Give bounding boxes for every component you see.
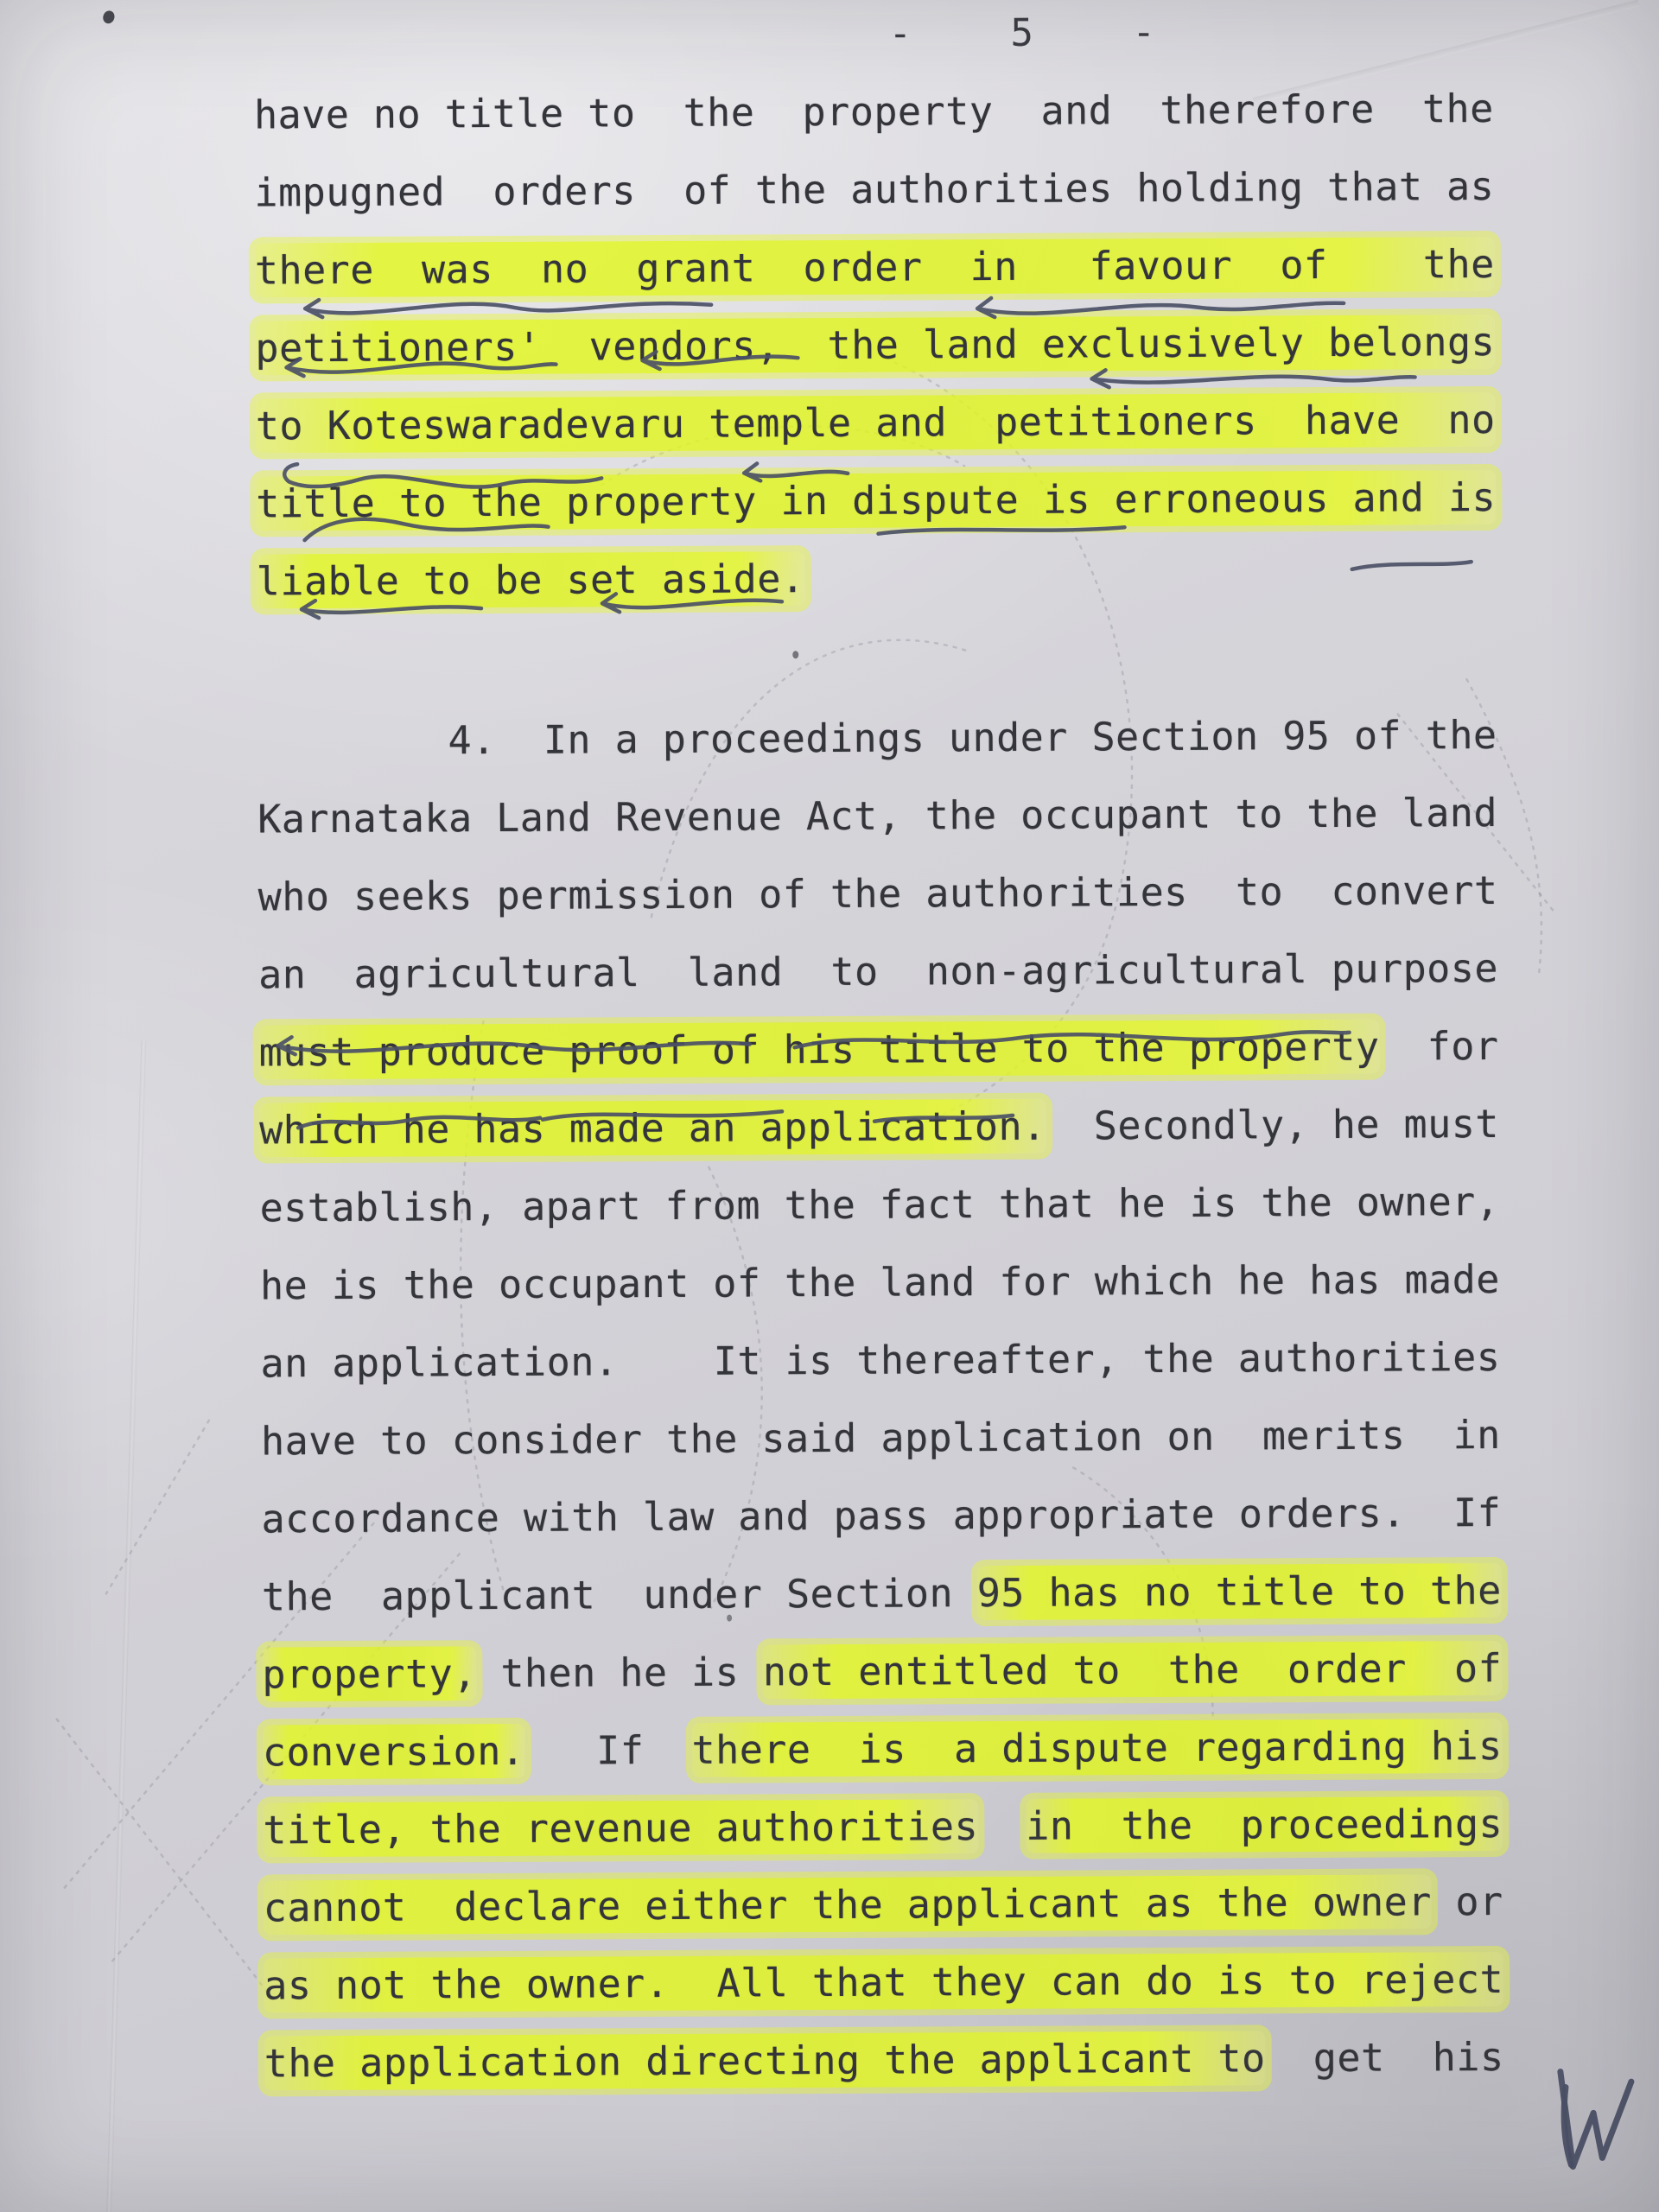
- text-line: title, the revenue authorities in the pr…: [263, 1785, 1524, 1870]
- text-segment: he is the occupant of the land for which…: [260, 1256, 1500, 1309]
- text-line: as not the owner. All that they can do i…: [264, 1941, 1525, 2025]
- text-segment: 4. In a proceedings under Section 95 of …: [257, 712, 1497, 765]
- highlighted-text: which he has made an application.: [259, 1099, 1046, 1158]
- text-line: have to consider the said application on…: [261, 1396, 1522, 1481]
- paper-crease: [106, 1040, 146, 2212]
- highlighted-text: to Koteswaradevaru temple and petitioner…: [256, 392, 1496, 454]
- highlighted-text: there was no grant order in favour of th…: [255, 237, 1495, 298]
- text-line: he is the occupant of the land for which…: [260, 1241, 1522, 1325]
- text-segment: or: [1432, 1878, 1503, 1924]
- text-segment: [978, 1803, 1026, 1849]
- text-line: an application. It is thereafter, the au…: [260, 1319, 1522, 1403]
- highlighted-text: title, the revenue authorities: [263, 1799, 978, 1857]
- paper-speck: [727, 1615, 732, 1622]
- highlighted-text: title to the property in dispute is erro…: [256, 470, 1496, 531]
- text-line: the applicant under Section 95 has no ti…: [262, 1552, 1523, 1637]
- text-segment: have no title to the property and theref…: [254, 86, 1494, 138]
- page-number: - 5 -: [888, 10, 1193, 56]
- text-segment: get his: [1266, 2034, 1504, 2081]
- text-segment: an agricultural land to non-agricultural…: [258, 945, 1498, 998]
- text-line: cannot declare either the applicant as t…: [264, 1863, 1525, 1948]
- text-line: 4. In a proceedings under Section 95 of …: [257, 696, 1519, 781]
- text-line: must produce proof of his title to the p…: [258, 1007, 1520, 1092]
- text-segment: an application. It is thereafter, the au…: [260, 1334, 1500, 1387]
- scanned-document-photo: { "page": { "number_label": "- 5 -" }, "…: [0, 0, 1659, 2212]
- paper-speck: [101, 10, 116, 26]
- text-line: there was no grant order in favour of th…: [255, 226, 1516, 310]
- paper-speck: [792, 651, 798, 658]
- highlighted-text: not entitled to the order of: [763, 1641, 1503, 1699]
- paragraph-4: 4. In a proceedings under Section 95 of …: [257, 696, 1526, 2103]
- text-segment: the applicant under Section: [262, 1570, 977, 1619]
- highlighted-text: there is a dispute regarding his: [691, 1719, 1502, 1777]
- document-body-text: have no title to the property and theref…: [254, 70, 1526, 2103]
- paragraph-continuation: have no title to the property and theref…: [254, 70, 1518, 621]
- text-line: establish, apart from the fact that he i…: [259, 1163, 1521, 1248]
- highlighted-text: in the proceedings: [1026, 1796, 1503, 1853]
- text-segment: impugned orders of the authorities holdi…: [254, 163, 1494, 216]
- text-line: impugned orders of the authorities holdi…: [254, 148, 1516, 232]
- text-line: an agricultural land to non-agricultural…: [258, 930, 1520, 1014]
- pen-signature-checkmark: [1560, 2071, 1632, 2166]
- text-segment: for: [1379, 1023, 1498, 1070]
- highlighted-text: property,: [262, 1646, 477, 1701]
- highlighted-text: conversion.: [263, 1724, 525, 1780]
- text-segment: Secondly, he must: [1046, 1101, 1500, 1149]
- highlighted-text: the application directing the applicant …: [264, 2031, 1266, 2090]
- highlighted-text: as not the owner. All that they can do i…: [264, 1952, 1503, 2013]
- text-segment: establish, apart from the fact that he i…: [259, 1179, 1499, 1231]
- text-segment: who seeks permission of the authorities …: [258, 868, 1498, 920]
- text-line: Karnataka Land Revenue Act, the occupant…: [257, 774, 1519, 859]
- highlighted-text: liable to be set aside.: [257, 551, 805, 608]
- text-line: to Koteswaradevaru temple and petitioner…: [256, 381, 1517, 466]
- paper-sheet: - 5 - have no title to the property and …: [0, 0, 1659, 2212]
- highlighted-text: cannot declare either the applicant as t…: [264, 1874, 1432, 1935]
- text-line: property, then he is not entitled to the…: [262, 1630, 1523, 1714]
- text-line: title to the property in dispute is erro…: [256, 459, 1517, 543]
- text-line: have no title to the property and theref…: [254, 70, 1516, 155]
- text-line: petitioners' vendors, the land exclusive…: [255, 303, 1516, 388]
- text-segment: accordance with law and pass appropriate…: [261, 1490, 1501, 1542]
- text-segment: have to consider the said application on…: [261, 1412, 1501, 1465]
- text-segment: then he is: [477, 1649, 763, 1696]
- highlighted-text: 95 has no title to the: [977, 1563, 1502, 1620]
- text-segment: If: [524, 1727, 691, 1774]
- text-line: the application directing the applicant …: [264, 2018, 1526, 2103]
- text-line: conversion. If there is a dispute regard…: [263, 1707, 1524, 1792]
- highlighted-text: petitioners' vendors, the land exclusive…: [255, 315, 1495, 376]
- text-line: accordance with law and pass appropriate…: [261, 1474, 1522, 1559]
- highlighted-text: must produce proof of his title to the p…: [259, 1020, 1380, 1080]
- text-line: who seeks permission of the authorities …: [257, 852, 1519, 937]
- text-line: liable to be set aside.: [257, 537, 1518, 621]
- text-segment: Karnataka Land Revenue Act, the occupant…: [257, 790, 1497, 842]
- text-line: which he has made an application. Second…: [259, 1085, 1521, 1170]
